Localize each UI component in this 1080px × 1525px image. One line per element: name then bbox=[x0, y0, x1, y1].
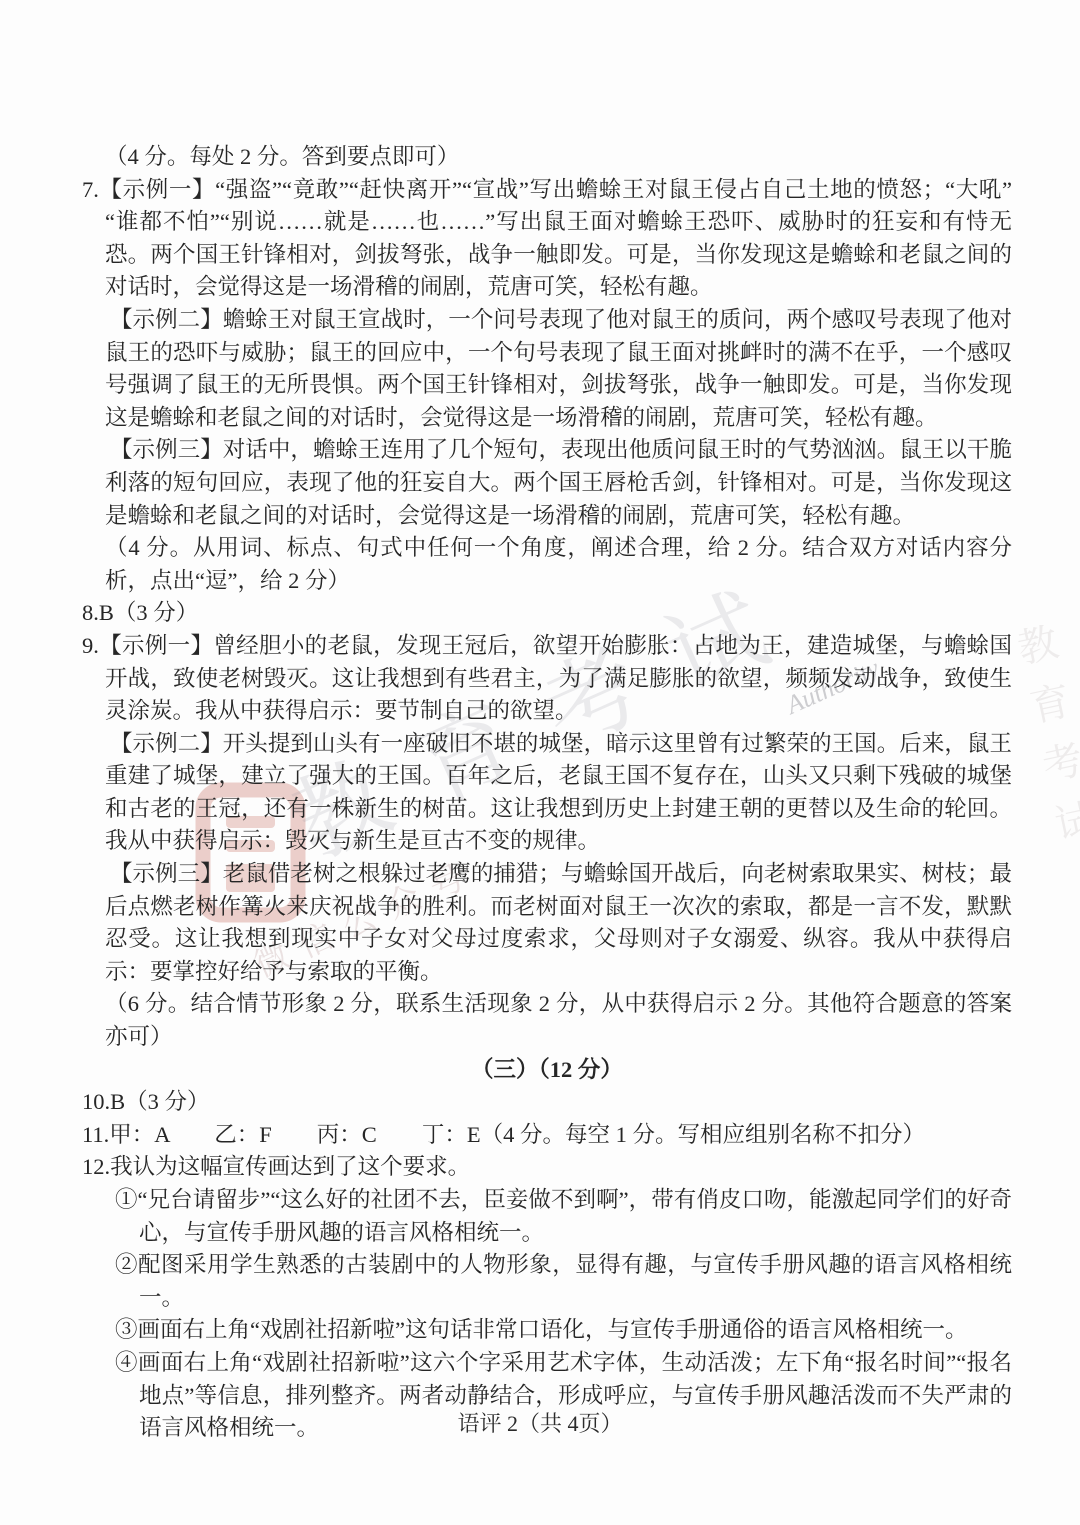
answer-q12-point2: ②配图采用学生熟悉的古装剧中的人物形象，显得有趣，与宣传手册风趣的语言风格相统一… bbox=[82, 1249, 1012, 1314]
answer-q12-intro: 12.我认为这幅宣传画达到了这个要求。 bbox=[82, 1151, 1012, 1184]
section-three-heading: （三）（12 分） bbox=[82, 1054, 1012, 1087]
answer-q7-example3: 【示例三】对话中，蟾蜍王连用了几个短句，表现出他质问鼠王时的气势汹汹。鼠王以干脆… bbox=[82, 434, 1012, 532]
answer-body: （4 分。每处 2 分。答到要点即可） 7.【示例一】“强盗”“竟敢”“赶快离开… bbox=[82, 141, 1012, 1445]
answer-sheet-page: 教育考试 微信公众号 Authority 教育考试 （4 分。每处 2 分。答到… bbox=[0, 0, 1080, 1525]
answer-q8: 8.B（3 分） bbox=[82, 597, 1012, 630]
answer-q12-point3: ③画面右上角“戏剧社招新啦”这句话非常口语化，与宣传手册通俗的语言风格相统一。 bbox=[82, 1314, 1012, 1347]
page-footer: 语评 2（共 4页） bbox=[0, 1408, 1080, 1440]
answer-q9-example1: 9.【示例一】曾经胆小的老鼠，发现王冠后，欲望开始膨胀：占地为王，建造城堡，与蟾… bbox=[82, 630, 1012, 728]
watermark-right-text: 教育考试 bbox=[1003, 619, 1080, 866]
answer-q11: 11.甲：A 乙：F 丙：C 丁：E（4 分。每空 1 分。写相应组别名称不扣分… bbox=[82, 1119, 1012, 1152]
q9-scoring-note: （6 分。结合情节形象 2 分，联系生活现象 2 分，从中获得启示 2 分。其他… bbox=[82, 988, 1012, 1053]
answer-q12-point1: ①“兄台请留步”“这么好的社团不去，臣妾做不到啊”，带有俏皮口吻，能激起同学们的… bbox=[82, 1184, 1012, 1249]
q7-scoring-note: （4 分。从用词、标点、句式中任何一个角度，阐述合理，给 2 分。结合双方对话内… bbox=[82, 532, 1012, 597]
answer-q9-example2: 【示例二】开头提到山头有一座破旧不堪的城堡，暗示这里曾有过繁荣的王国。后来，鼠王… bbox=[82, 728, 1012, 858]
q6-scoring-note: （4 分。每处 2 分。答到要点即可） bbox=[82, 141, 1012, 174]
answer-q7-example2: 【示例二】蟾蜍王对鼠王宣战时，一个问号表现了他对鼠王的质问，两个感叹号表现了他对… bbox=[82, 304, 1012, 434]
answer-q10: 10.B（3 分） bbox=[82, 1086, 1012, 1119]
answer-q7-example1: 7.【示例一】“强盗”“竟敢”“赶快离开”“宣战”写出蟾蜍王对鼠王侵占自己土地的… bbox=[82, 174, 1012, 304]
answer-q9-example3: 【示例三】老鼠借老树之根躲过老鹰的捕猎；与蟾蜍国开战后，向老树索取果实、树枝；最… bbox=[82, 858, 1012, 988]
